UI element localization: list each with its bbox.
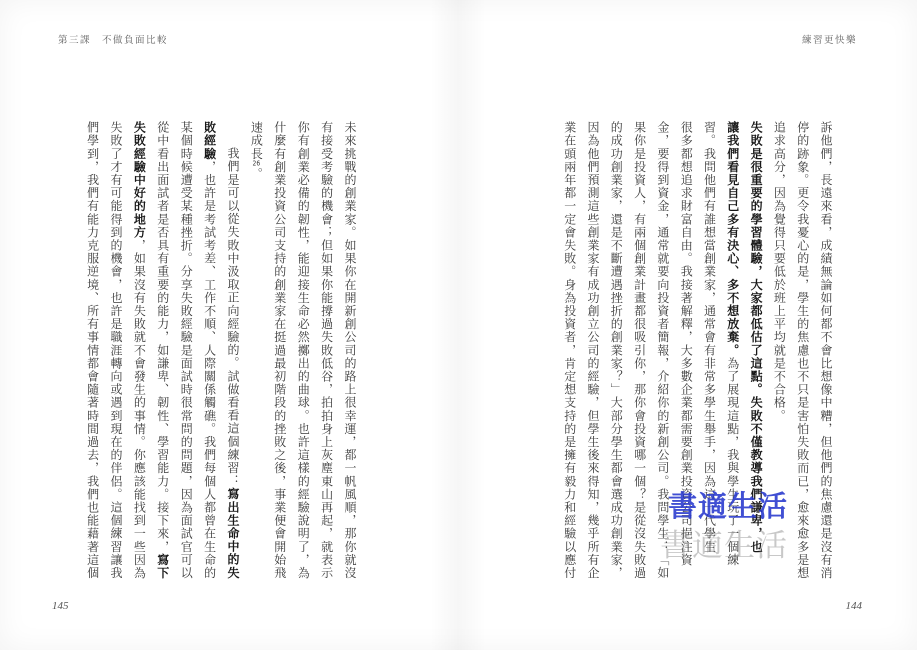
text-segment: 業在頭兩年都一定會失敗。身為投資者，肯定想支持的是擁有毅力和經驗以應付 <box>563 121 577 580</box>
book-spread: 第三課 不做負面比較 練習更快樂 未來挑戰的創業家。如果你在開新創公司的路上很幸… <box>0 0 917 650</box>
watermark-text: 書適生活 <box>668 484 788 525</box>
text-segment: 訴他們，長遠來看，成績無論如何都不會比想像中糟，但他們的焦慮還是沒有消 <box>819 121 833 580</box>
page-number-left: 145 <box>52 600 69 612</box>
text-segment: 的成功創業家，還是不斷遭遇挫折的創業家？」大部分學生都會選成功創業家， <box>609 121 623 580</box>
text-column: 訴他們，長遠來看，成績無論如何都不會比想像中糟，但他們的焦慮還是沒有消 <box>814 121 838 599</box>
watermark-ghost-text: 書適生活 <box>660 520 786 565</box>
bold-text-segment: 讓我們看見自己多有決心、多不想放棄。 <box>726 121 740 357</box>
text-column: 業在頭兩年都一定會失敗。身為投資者，肯定想支持的是擁有毅力和經驗以應付 <box>558 121 582 599</box>
text-segment: 追求高分，因為覺得只要低於班上平均就是不合格。 <box>772 121 786 422</box>
text-column: 的成功創業家，還是不斷遭遇挫折的創業家？」大部分學生都會選成功創業家， <box>604 121 628 599</box>
text-segment: 因為他們預測這些創業家有成功創立公司的經驗，但學生後來得知，幾乎所有企 <box>586 121 600 580</box>
text-segment: 果你是投資人，有兩個創業計畫都很吸引你，那你會投資哪一個？是從沒失敗過 <box>633 121 647 580</box>
text-column: 果你是投資人，有兩個創業計畫都很吸引你，那你會投資哪一個？是從沒失敗過 <box>628 121 652 599</box>
text-column: 停的跡象。更令我憂心的是，學生的焦慮也不只是害怕失敗而已，愈來愈多是想 <box>791 121 815 599</box>
text-column: 因為他們預測這些創業家有成功創立公司的經驗，但學生後來得知，幾乎所有企 <box>581 121 605 599</box>
text-segment: 停的跡象。更令我憂心的是，學生的焦慮也不只是害怕失敗而已，愈來愈多是想 <box>796 121 810 580</box>
page-number-right: 144 <box>846 600 863 612</box>
